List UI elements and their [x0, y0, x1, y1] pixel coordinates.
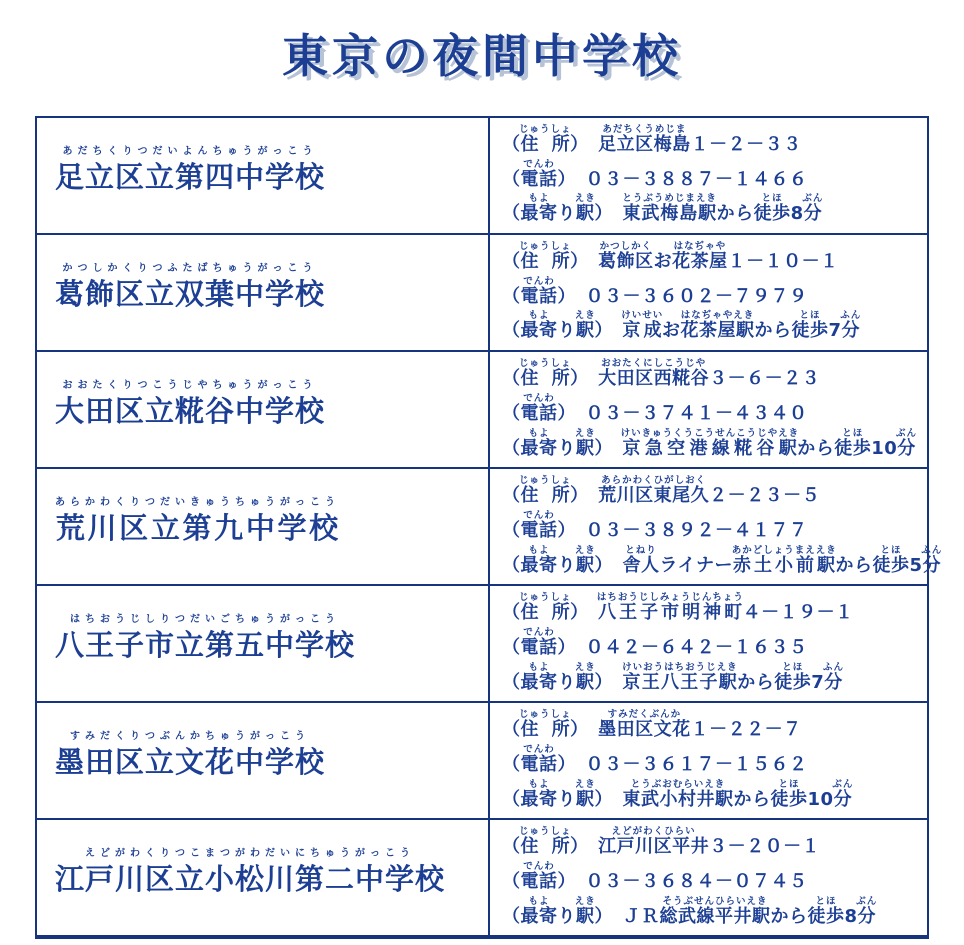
table-row: 葛飾区立双葉中学校かつしかくりつふたばちゅうがっこう（住 所じゅうしょ） 葛飾区… — [37, 235, 927, 352]
ruby-text: 最寄もよ — [521, 438, 558, 459]
plain-text — [580, 719, 599, 740]
plain-text — [567, 169, 586, 190]
ruby-text: 駅えき — [576, 438, 595, 459]
ruby-text: 足立区梅島あだちくうめじま — [598, 134, 691, 155]
ruby-text: 総武線平井駅そうぶせんひらいえき — [660, 906, 771, 927]
plain-text: ） — [558, 871, 568, 892]
plain-text: ） — [558, 637, 568, 658]
phone-line: （電話でんわ） ０３－３６１７－１５６２ — [502, 744, 925, 776]
plain-text: （ — [502, 754, 521, 775]
ruby-text: 花茶屋駅はなぢゃやえき — [681, 320, 755, 341]
plain-text: ４－１９－１ — [743, 602, 854, 623]
plain-text: 10 — [871, 438, 897, 459]
plain-text: ） — [570, 134, 580, 155]
plain-text: ） — [595, 203, 605, 224]
plain-text: ０３－３７４１－４３４０ — [586, 403, 808, 424]
plain-text — [580, 368, 599, 389]
plain-text: （ — [502, 602, 521, 623]
plain-text: ） — [595, 672, 605, 693]
plain-text — [580, 485, 599, 506]
phone-line: （電話でんわ） ０３－３６８４－０７４５ — [502, 861, 925, 893]
ruby-text: 最寄もよ — [521, 672, 558, 693]
ruby-text: 分ぶん — [858, 906, 878, 927]
page: 東京の夜間中学校 足立区立第四中学校あだちくりつだいよんちゅうがっこう（住 所じ… — [0, 0, 964, 945]
plain-text: １－１０－１ — [728, 251, 839, 272]
plain-text: ） — [570, 251, 580, 272]
plain-text — [580, 602, 599, 623]
plain-text: から — [734, 789, 771, 810]
plain-text: ０３－３６０２－７９７９ — [586, 286, 808, 307]
phone-line: （電話でんわ） ０４２－６４２－１６３５ — [502, 627, 925, 659]
plain-text: １－２２－７ — [691, 719, 802, 740]
school-name-cell: 荒川区立第九中学校あらかわくりつだいきゅうちゅうがっこう — [37, 469, 490, 584]
plain-text — [580, 836, 599, 857]
ruby-text: 舎人とねり — [623, 555, 660, 576]
plain-text: ） — [595, 320, 605, 341]
address-line: （住 所じゅうしょ） 江戸川区平井えどがわくひらい３－２０－１ — [502, 826, 925, 858]
address-line: （住 所じゅうしょ） 足立区梅島あだちくうめじま１－２－３３ — [502, 124, 925, 156]
school-details-cell: （住 所じゅうしょ） 江戸川区平井えどがわくひらい３－２０－１（電話でんわ） ０… — [490, 820, 927, 935]
ruby-text: 分ぶん — [804, 203, 824, 224]
plain-text: （ — [502, 672, 521, 693]
plain-text: （ — [502, 286, 521, 307]
plain-text: ） — [570, 719, 580, 740]
plain-text: ） — [570, 602, 580, 623]
ruby-text: 荒川区東尾久あらかわくひがしおく — [598, 485, 709, 506]
station-line: （最寄もより駅えき） 京成けいせいお花茶屋駅はなぢゃやえきから徒歩とほ7分ふん — [502, 310, 925, 342]
ruby-text: 駅えき — [576, 555, 595, 576]
plain-text: （ — [502, 906, 521, 927]
ruby-text: 電話でんわ — [521, 403, 558, 424]
plain-text: から — [797, 438, 834, 459]
plain-text: お — [654, 251, 673, 272]
ruby-text: 葛飾区立双葉中学校かつしかくりつふたばちゅうがっこう — [55, 263, 325, 313]
plain-text — [567, 403, 586, 424]
plain-text: （ — [502, 836, 521, 857]
ruby-text: 電話でんわ — [521, 520, 558, 541]
school-details-cell: （住 所じゅうしょ） 葛飾区かつしかくお花茶屋はなぢゃや１－１０－１（電話でんわ… — [490, 235, 927, 350]
plain-text: お — [662, 320, 681, 341]
plain-text: ０３－３８９２－４１７７ — [586, 520, 808, 541]
plain-text — [604, 555, 623, 576]
plain-text: ） — [595, 555, 605, 576]
table-row: 荒川区立第九中学校あらかわくりつだいきゅうちゅうがっこう（住 所じゅうしょ） 荒… — [37, 469, 927, 586]
table-row: 墨田区立文花中学校すみだくりつぶんかちゅうがっこう（住 所じゅうしょ） 墨田区文… — [37, 703, 927, 820]
plain-text: （ — [502, 368, 521, 389]
plain-text: （ — [502, 719, 521, 740]
plain-text: ） — [595, 438, 605, 459]
plain-text: ０３－３６８４－０７４５ — [586, 871, 808, 892]
ruby-text: 京王八王子駅けいおうはちおうじえき — [623, 672, 738, 693]
plain-text: （ — [502, 203, 521, 224]
station-line: （最寄もより駅えき） 東武小村井駅とうぶおむらいえきから徒歩とほ10分ぶん — [502, 779, 925, 811]
ruby-text: 最寄もよ — [521, 906, 558, 927]
plain-text: ） — [570, 836, 580, 857]
station-line: （最寄もより駅えき） 舎人とねりライナー赤土小前駅あかどしょうまええきから徒歩と… — [502, 545, 942, 577]
phone-line: （電話でんわ） ０３－３７４１－４３４０ — [502, 393, 925, 425]
table-row: 足立区立第四中学校あだちくりつだいよんちゅうがっこう（住 所じゅうしょ） 足立区… — [37, 118, 927, 235]
plain-text: から — [717, 203, 754, 224]
ruby-text: 住 所じゅうしょ — [521, 485, 571, 506]
plain-text: （ — [502, 555, 521, 576]
plain-text — [567, 754, 586, 775]
ruby-text: 江戸川区立小松川第二中学校えどがわくりつこまつがわだいにちゅうがっこう — [55, 848, 445, 898]
plain-text: （ — [502, 403, 521, 424]
school-name-cell: 葛飾区立双葉中学校かつしかくりつふたばちゅうがっこう — [37, 235, 490, 350]
plain-text — [604, 438, 623, 459]
plain-text: ） — [570, 485, 580, 506]
ruby-text: 電話でんわ — [521, 871, 558, 892]
school-details-cell: （住 所じゅうしょ） 荒川区東尾久あらかわくひがしおく２－２３－５（電話でんわ）… — [490, 469, 944, 584]
ruby-text: 京成けいせい — [623, 320, 663, 341]
school-name-cell: 大田区立糀谷中学校おおたくりつこうじやちゅうがっこう — [37, 352, 490, 467]
ruby-text: 東武梅島駅とうぶうめじまえき — [623, 203, 717, 224]
school-details-cell: （住 所じゅうしょ） 八王子市明神町はちおうじしみょうじんちょう４－１９－１（電… — [490, 586, 927, 701]
ruby-text: 京急空港線糀谷駅けいきゅうくうこうせんこうじやえき — [623, 438, 798, 459]
plain-text: ０３－３８８７－１４６６ — [586, 169, 808, 190]
ruby-text: 最寄もよ — [521, 203, 558, 224]
plain-text: （ — [502, 438, 521, 459]
ruby-text: 分ぶん — [834, 789, 854, 810]
address-line: （住 所じゅうしょ） 大田区西糀谷おおたくにしこうじや３－６－２３ — [502, 358, 925, 390]
ruby-text: 駅えき — [576, 203, 595, 224]
plain-text: から — [737, 672, 774, 693]
ruby-text: 住 所じゅうしょ — [521, 368, 571, 389]
plain-text: ０３－３６１７－１５６２ — [586, 754, 808, 775]
plain-text: から — [835, 555, 872, 576]
phone-line: （電話でんわ） ０３－３６０２－７９７９ — [502, 276, 925, 308]
ruby-text: 徒歩とほ — [771, 789, 808, 810]
plain-text: り — [558, 906, 577, 927]
ruby-text: 電話でんわ — [521, 169, 558, 190]
school-name-cell: 足立区立第四中学校あだちくりつだいよんちゅうがっこう — [37, 118, 490, 233]
ruby-text: 住 所じゅうしょ — [521, 251, 571, 272]
ruby-text: 東武小村井駅とうぶおむらいえき — [623, 789, 734, 810]
ruby-text: 住 所じゅうしょ — [521, 134, 571, 155]
ruby-text: 住 所じゅうしょ — [521, 719, 571, 740]
plain-text: （ — [502, 251, 521, 272]
ruby-text: 徒歩とほ — [754, 203, 791, 224]
ruby-text: 駅えき — [576, 789, 595, 810]
ruby-text: 墨田区立文花中学校すみだくりつぶんかちゅうがっこう — [55, 731, 325, 781]
plain-text: ３－２０－１ — [709, 836, 820, 857]
plain-text: ） — [595, 906, 605, 927]
ruby-text: 分ふん — [824, 672, 844, 693]
school-details-cell: （住 所じゅうしょ） 足立区梅島あだちくうめじま１－２－３３（電話でんわ） ０３… — [490, 118, 927, 233]
table-row: 江戸川区立小松川第二中学校えどがわくりつこまつがわだいにちゅうがっこう（住 所じ… — [37, 820, 927, 935]
ruby-text: 分ふん — [842, 320, 862, 341]
plain-text: ） — [558, 403, 568, 424]
plain-text — [567, 520, 586, 541]
plain-text: （ — [502, 485, 521, 506]
plain-text: （ — [502, 169, 521, 190]
page-title: 東京の夜間中学校 — [0, 20, 964, 86]
plain-text: （ — [502, 520, 521, 541]
plain-text: から — [771, 906, 808, 927]
plain-text: ） — [558, 169, 568, 190]
ruby-text: 徒歩とほ — [792, 320, 829, 341]
plain-text: り — [558, 789, 577, 810]
plain-text: ２－２３－５ — [709, 485, 820, 506]
ruby-text: 分ふん — [923, 555, 943, 576]
address-line: （住 所じゅうしょ） 墨田区文花すみだくぶんか１－２２－７ — [502, 709, 925, 741]
ruby-text: 駅えき — [576, 906, 595, 927]
ruby-text: 電話でんわ — [521, 637, 558, 658]
ruby-text: 大田区立糀谷中学校おおたくりつこうじやちゅうがっこう — [55, 380, 325, 430]
school-name-cell: 墨田区立文花中学校すみだくりつぶんかちゅうがっこう — [37, 703, 490, 818]
plain-text: ） — [558, 286, 568, 307]
phone-line: （電話でんわ） ０３－３８８７－１４６６ — [502, 159, 925, 191]
ruby-text: 駅えき — [576, 672, 595, 693]
plain-text: １－２－３３ — [691, 134, 802, 155]
plain-text — [567, 637, 586, 658]
plain-text — [580, 251, 599, 272]
phone-line: （電話でんわ） ０３－３８９２－４１７７ — [502, 510, 942, 542]
ruby-text: 葛飾区かつしかく — [598, 251, 654, 272]
ruby-text: 徒歩とほ — [774, 672, 811, 693]
table-row: 大田区立糀谷中学校おおたくりつこうじやちゅうがっこう（住 所じゅうしょ） 大田区… — [37, 352, 927, 469]
plain-text: ） — [558, 520, 568, 541]
plain-text — [604, 320, 623, 341]
plain-text: り — [558, 555, 577, 576]
station-line: （最寄もより駅えき） ＪＲ総武線平井駅そうぶせんひらいえきから徒歩とほ8分ぶん — [502, 896, 925, 928]
school-details-cell: （住 所じゅうしょ） 墨田区文花すみだくぶんか１－２２－７（電話でんわ） ０３－… — [490, 703, 927, 818]
plain-text: ＪＲ — [623, 906, 660, 927]
ruby-text: 最寄もよ — [521, 555, 558, 576]
ruby-text: 徒歩とほ — [872, 555, 909, 576]
station-line: （最寄もより駅えき） 京急空港線糀谷駅けいきゅうくうこうせんこうじやえきから徒歩… — [502, 428, 925, 460]
plain-text — [604, 203, 623, 224]
plain-text: ） — [558, 754, 568, 775]
plain-text: （ — [502, 789, 521, 810]
ruby-text: 赤土小前駅あかどしょうまええき — [733, 555, 836, 576]
plain-text — [604, 789, 623, 810]
plain-text: ） — [570, 368, 580, 389]
station-line: （最寄もより駅えき） 東武梅島駅とうぶうめじまえきから徒歩とほ8分ぶん — [502, 193, 925, 225]
ruby-text: 花茶屋はなぢゃや — [672, 251, 728, 272]
address-line: （住 所じゅうしょ） 荒川区東尾久あらかわくひがしおく２－２３－５ — [502, 475, 942, 507]
ruby-text: 荒川区立第九中学校あらかわくりつだいきゅうちゅうがっこう — [55, 497, 340, 547]
ruby-text: 足立区立第四中学校あだちくりつだいよんちゅうがっこう — [55, 146, 325, 196]
plain-text — [567, 286, 586, 307]
plain-text: り — [558, 203, 577, 224]
schools-table: 足立区立第四中学校あだちくりつだいよんちゅうがっこう（住 所じゅうしょ） 足立区… — [35, 116, 929, 939]
plain-text: （ — [502, 320, 521, 341]
ruby-text: 住 所じゅうしょ — [521, 836, 571, 857]
ruby-text: 電話でんわ — [521, 754, 558, 775]
ruby-text: 八王子市立第五中学校はちおうじしりつだいごちゅうがっこう — [55, 614, 355, 664]
plain-text — [567, 871, 586, 892]
ruby-text: 墨田区文花すみだくぶんか — [598, 719, 691, 740]
plain-text: から — [755, 320, 792, 341]
plain-text — [604, 906, 623, 927]
plain-text: （ — [502, 871, 521, 892]
plain-text: り — [558, 438, 577, 459]
ruby-text: 徒歩とほ — [834, 438, 871, 459]
ruby-text: 大田区西糀谷おおたくにしこうじや — [598, 368, 709, 389]
address-line: （住 所じゅうしょ） 葛飾区かつしかくお花茶屋はなぢゃや１－１０－１ — [502, 241, 925, 273]
plain-text: り — [558, 320, 577, 341]
plain-text — [580, 134, 599, 155]
plain-text: ０４２－６４２－１６３５ — [586, 637, 808, 658]
plain-text: ） — [595, 789, 605, 810]
school-name-cell: 八王子市立第五中学校はちおうじしりつだいごちゅうがっこう — [37, 586, 490, 701]
ruby-text: 電話でんわ — [521, 286, 558, 307]
ruby-text: 八王子市明神町はちおうじしみょうじんちょう — [598, 602, 743, 623]
plain-text: り — [558, 672, 577, 693]
ruby-text: 分ぶん — [897, 438, 917, 459]
plain-text: （ — [502, 637, 521, 658]
school-details-cell: （住 所じゅうしょ） 大田区西糀谷おおたくにしこうじや３－６－２３（電話でんわ）… — [490, 352, 927, 467]
ruby-text: 駅えき — [576, 320, 595, 341]
address-line: （住 所じゅうしょ） 八王子市明神町はちおうじしみょうじんちょう４－１９－１ — [502, 592, 925, 624]
station-line: （最寄もより駅えき） 京王八王子駅けいおうはちおうじえきから徒歩とほ7分ふん — [502, 662, 925, 694]
table-row: 八王子市立第五中学校はちおうじしりつだいごちゅうがっこう（住 所じゅうしょ） 八… — [37, 586, 927, 703]
ruby-text: 江戸川区平井えどがわくひらい — [598, 836, 709, 857]
ruby-text: 最寄もよ — [521, 320, 558, 341]
plain-text: ライナー — [660, 555, 733, 576]
ruby-text: 最寄もよ — [521, 789, 558, 810]
ruby-text: 徒歩とほ — [808, 906, 845, 927]
plain-text: ３－６－２３ — [709, 368, 820, 389]
ruby-text: 住 所じゅうしょ — [521, 602, 571, 623]
school-name-cell: 江戸川区立小松川第二中学校えどがわくりつこまつがわだいにちゅうがっこう — [37, 820, 490, 935]
plain-text — [604, 672, 623, 693]
plain-text: （ — [502, 134, 521, 155]
plain-text: 10 — [808, 789, 834, 810]
